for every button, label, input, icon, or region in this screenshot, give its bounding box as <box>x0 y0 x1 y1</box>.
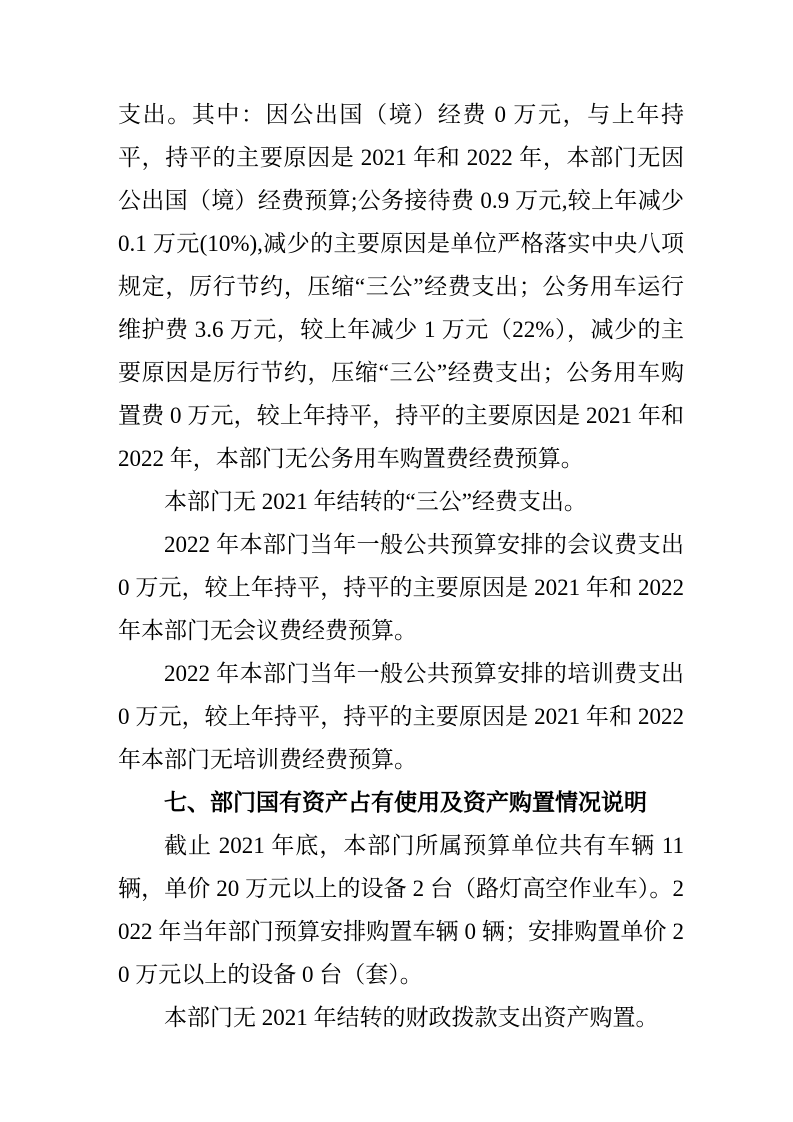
document-page: 支出。其中：因公出国（境）经费 0 万元，与上年持平，持平的主要原因是 2021… <box>0 0 793 1122</box>
document-body: 支出。其中：因公出国（境）经费 0 万元，与上年持平，持平的主要原因是 2021… <box>118 93 684 1039</box>
paragraph-no-carryover-asset-purchase: 本部门无 2021 年结转的财政拨款支出资产购置。 <box>118 996 684 1039</box>
paragraph-training-expense: 2022 年本部门当年一般公共预算安排的培训费支出 0 万元，较上年持平，持平的… <box>118 652 684 781</box>
paragraph-meeting-expense: 2022 年本部门当年一般公共预算安排的会议费支出 0 万元，较上年持平，持平的… <box>118 523 684 652</box>
section-heading-state-assets: 七、部门国有资产占有使用及资产购置情况说明 <box>118 781 684 824</box>
paragraph-no-carryover-three-public: 本部门无 2021 年结转的“三公”经费支出。 <box>118 480 684 523</box>
paragraph-asset-holdings: 截止 2021 年底，本部门所属预算单位共有车辆 11 辆，单价 20 万元以上… <box>118 824 684 996</box>
paragraph-three-public-expenses: 支出。其中：因公出国（境）经费 0 万元，与上年持平，持平的主要原因是 2021… <box>118 93 684 480</box>
